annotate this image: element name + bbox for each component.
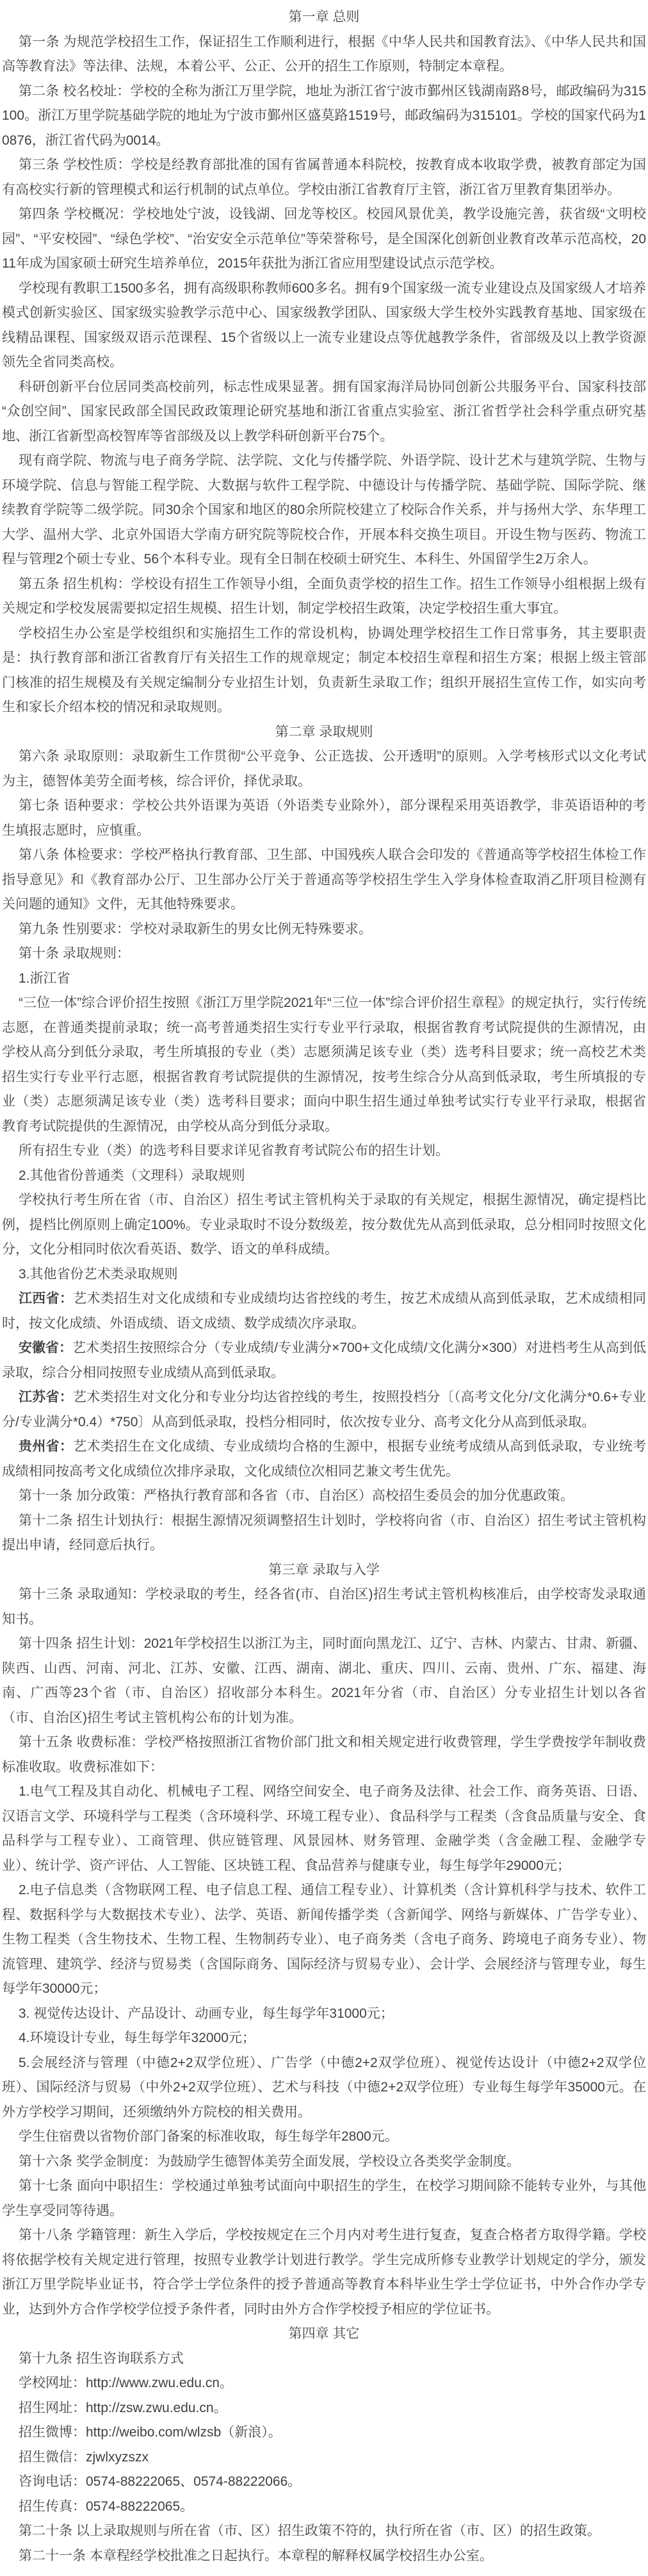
province-label: 安徽省： <box>19 1340 72 1355</box>
paragraph: 第十四条 招生计划：2021年学校招生以浙江为主，同时面向黑龙江、辽宁、吉林、内… <box>2 1632 646 1730</box>
chapter-heading: 第三章 录取与入学 <box>2 1558 646 1583</box>
paragraph: 第十二条 招生计划执行：根据生源情况须调整招生计划时，学校将向省（市、自治区）招… <box>2 1509 646 1558</box>
paragraph: “三位一体”综合评价招生按照《浙江万里学院2021年“三位一体”综合评价招生章程… <box>2 991 646 1139</box>
paragraph: 招生传真：0574-88222065。 <box>2 2495 646 2520</box>
paragraph: 2.其他省份普通类（文理科）录取规则 <box>2 1164 646 1189</box>
paragraph: 第九条 性别要求：学校对录取新生的男女比例无特殊要求。 <box>2 917 646 942</box>
province-label: 贵州省： <box>19 1439 73 1454</box>
chapter-heading: 第二章 录取规则 <box>2 720 646 745</box>
paragraph: 招生网址：http://zsw.zwu.edu.cn。 <box>2 2396 646 2421</box>
paragraph: 现有商学院、物流与电子商务学院、法学院、文化与传播学院、外语学院、设计艺术与建筑… <box>2 449 646 572</box>
paragraph: 招生微博：http://weibo.com/wlzsb（新浪）。 <box>2 2420 646 2445</box>
paragraph: 咨询电话：0574-88222065、0574-88222066。 <box>2 2470 646 2495</box>
paragraph: 第四条 学校概况：学校地处宁波，设钱湖、回龙等校区。校园风景优美，教学设施完善，… <box>2 202 646 277</box>
province-label: 江苏省： <box>19 1390 73 1405</box>
chapter-heading: 第四章 其它 <box>2 2322 646 2347</box>
paragraph: 学生住宿费以省物价部门备案的标准收取，每生每学年2800元。 <box>2 2125 646 2150</box>
paragraph: 安徽省：艺术类招生按照综合分（专业成绩/专业满分×700+文化成绩/文化满分×3… <box>2 1336 646 1385</box>
province-label: 江西省： <box>19 1291 73 1306</box>
paragraph: 学校执行考生所在省（市、自治区）招生考试主管机构关于录取的有关规定，根据生源情况… <box>2 1188 646 1262</box>
paragraph: 学校现有教职工1500多名，拥有高级职称教师600多名。拥有9个国家级一流专业建… <box>2 277 646 375</box>
paragraph: 第十条 录取规则： <box>2 942 646 967</box>
paragraph: 第十七条 面向中职招生：学校通过单独考试面向中职招生的学生，在校学习期间除不能转… <box>2 2174 646 2223</box>
paragraph: 5.会展经济与管理（中德2+2双学位班）、广告学（中德2+2双学位班）、视觉传达… <box>2 2051 646 2125</box>
paragraph: 第七条 语种要求：学校公共外语课为英语（外语类专业除外），部分课程采用英语教学，… <box>2 794 646 843</box>
paragraph: 1.浙江省 <box>2 967 646 992</box>
paragraph: 江西省：艺术类招生对文化成绩和专业成绩均达省控线的考生，按艺术成绩从高到低录取，… <box>2 1287 646 1336</box>
paragraph: 第五条 招生机构：学校设有招生工作领导小组，全面负责学校的招生工作。招生工作领导… <box>2 572 646 622</box>
paragraph: 科研创新平台位居同类高校前列，标志性成果显著。拥有国家海洋局协同创新公共服务平台… <box>2 375 646 449</box>
paragraph: 第三条 学校性质：学校是经教育部批准的国有省属普通本科院校，按教育成本收取学费，… <box>2 153 646 202</box>
admission-charter-document: 第一章 总则第一条 为规范学校招生工作，保证招生工作顺利进行，根据《中华人民共和… <box>0 0 648 2576</box>
paragraph: 3. 视觉传达设计、产品设计、动画专业，每生每学年31000元； <box>2 2002 646 2027</box>
chapter-heading: 第一章 总则 <box>2 5 646 30</box>
paragraph: 第十一条 加分政策：严格执行教育部和各省（市、自治区）高校招生委员会的加分优惠政… <box>2 1484 646 1509</box>
paragraph: 学校招生办公室是学校组织和实施招生工作的常设机构，协调处理学校招生工作日常事务，… <box>2 622 646 720</box>
paragraph: 贵州省：艺术类招生在文化成绩、专业成绩均合格的生源中，根据专业统考成绩从高到低录… <box>2 1435 646 1484</box>
paragraph: 江苏省：艺术类招生对文化分和专业分均达省控线的考生，按照投档分〔（高考文化分/文… <box>2 1385 646 1435</box>
paragraph: 第一条 为规范学校招生工作，保证招生工作顺利进行，根据《中华人民共和国教育法》、… <box>2 30 646 79</box>
paragraph: 第二十一条 本章程经学校批准之日起执行。本章程的解释权属学校招生办公室。 <box>2 2544 646 2569</box>
paragraph: 第十八条 学籍管理：新生入学后，学校按规定在三个月内对考生进行复查，复查合格者方… <box>2 2223 646 2322</box>
paragraph: 第十五条 收费标准：学校严格按照浙江省物价部门批文和相关规定进行收费管理，学生学… <box>2 1730 646 1780</box>
paragraph: 2.电子信息类（含物联网工程、电子信息工程、通信工程专业）、计算机类（含计算机科… <box>2 1878 646 2002</box>
paragraph: 1.电气工程及其自动化、机械电子工程、网络空间安全、电子商务及法律、社会工作、商… <box>2 1780 646 1878</box>
paragraph: 所有招生专业（类）的选考科目要求详见省教育考试院公布的招生计划。 <box>2 1139 646 1164</box>
paragraph: 3.其他省份艺术类录取规则 <box>2 1262 646 1287</box>
paragraph: 第十六条 奖学金制度：为鼓励学生德智体美劳全面发展，学校设立各类奖学金制度。 <box>2 2150 646 2175</box>
paragraph: 学校网址：http://www.zwu.edu.cn。 <box>2 2371 646 2396</box>
paragraph: 第十三条 录取通知：学校录取的考生，经各省(市、自治区)招生考试主管机构核准后，… <box>2 1582 646 1632</box>
paragraph: 第八条 体检要求：学校严格执行教育部、卫生部、中国残疾人联合会印发的《普通高等学… <box>2 843 646 917</box>
paragraph: 第二条 校名校址：学校的全称为浙江万里学院，地址为浙江省宁波市鄞州区钱湖南路8号… <box>2 79 646 154</box>
paragraph: 招生微信：zjwlxyzszx <box>2 2445 646 2470</box>
paragraph: 第二十条 以上录取规则与所在省（市、区）招生政策不符的，执行所在省（市、区）的招… <box>2 2519 646 2544</box>
paragraph: 第六条 录取原则：录取新生工作贯彻“公平竞争、公正选拔、公开透明”的原则。入学考… <box>2 745 646 794</box>
paragraph: 第十九条 招生咨询联系方式 <box>2 2347 646 2372</box>
paragraph: 4.环境设计专业，每生每学年32000元； <box>2 2026 646 2051</box>
